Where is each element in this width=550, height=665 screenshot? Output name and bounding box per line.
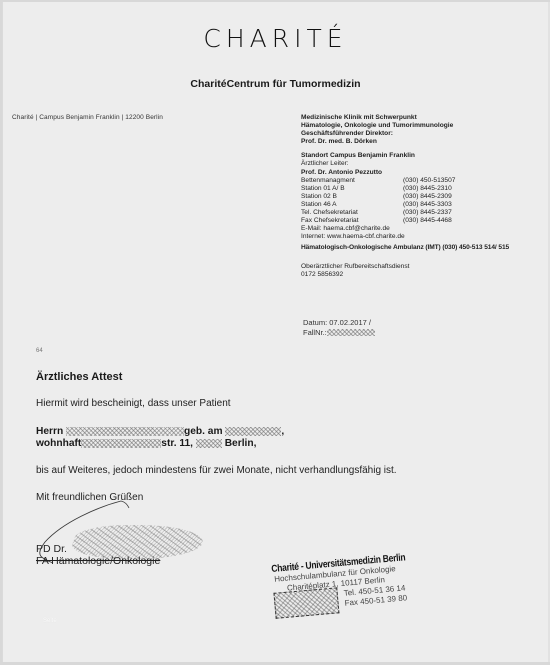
signer-role: FA Hämatologie/Onkologie <box>36 555 160 567</box>
leader-name: Prof. Dr. Antonio Pezzutto <box>301 169 546 177</box>
phone-label: Tel. Chefsekretariat <box>301 209 403 217</box>
phone-number: (030) 450-513507 <box>403 177 455 185</box>
clinic-info-column: Medizinische Klinik mit Schwerpunkt Häma… <box>301 114 546 279</box>
date-line: Datum: 07.02.2017 / <box>303 318 375 328</box>
phone-label: Station 46 A <box>301 201 403 209</box>
street-suffix: str. 11, <box>161 438 193 449</box>
redacted-postcode <box>196 439 222 448</box>
patient-address-line: wohnhaftstr. 11, Berlin, <box>36 438 284 450</box>
birthdate-label: geb. am <box>184 426 223 437</box>
phone-label: Station 02 B <box>301 193 403 201</box>
charite-logo: CHARITÉ <box>3 24 548 53</box>
email-line: E-Mail: haema.cbf@charite.de <box>301 225 546 233</box>
leader-label: Ärztlicher Leiter: <box>301 160 546 168</box>
redacted-street <box>81 439 161 448</box>
internet-line: Internet: www.haema-cbf.charite.de <box>301 233 546 241</box>
redacted-case-number <box>327 329 375 336</box>
phone-number: (030) 8445-3303 <box>403 201 452 209</box>
phone-label: Bettenmanagment <box>301 177 403 185</box>
clinic-line: Hämatologie, Onkologie und Tumorimmunolo… <box>301 122 546 130</box>
location-block: Standort Campus Benjamin Franklin Ärztli… <box>301 152 546 241</box>
sender-address-line: Charité | Campus Benjamin Franklin | 122… <box>12 114 163 121</box>
case-number-line: FallNr.: <box>303 328 375 338</box>
ambulanz-line: Hämatologisch-Onkologische Ambulanz (IMT… <box>301 244 546 252</box>
phone-label: Station 01 A/ B <box>301 185 403 193</box>
document-page: CHARITÉ CharitéCentrum für Tumormedizin … <box>2 2 550 662</box>
clinic-line: Geschäftsführender Direktor: <box>301 130 546 138</box>
phone-label: Fax Chefsekretariat <box>301 217 403 225</box>
faint-footer-mark: Seite <box>43 618 57 624</box>
address-prefix: wohnhaft <box>36 438 81 449</box>
case-number-label: FallNr.: <box>303 328 327 337</box>
clinic-stamp: Charité - Universitätsmedizin Berlin Hoc… <box>271 551 433 619</box>
signer-title: PD Dr. <box>36 543 160 555</box>
phone-row: Tel. Chefsekretariat(030) 8445-2337 <box>301 209 546 217</box>
patient-city: Berlin, <box>225 438 257 449</box>
redacted-stamp-box <box>273 587 339 618</box>
date-block: Datum: 07.02.2017 / FallNr.: <box>303 318 375 337</box>
clinic-line: Medizinische Klinik mit Schwerpunkt <box>301 114 546 122</box>
phone-number: (030) 8445-2337 <box>403 209 452 217</box>
rufbereitschaft-label: Oberärztlicher Rufbereitschaftsdienst <box>301 263 546 271</box>
patient-block: Herrn geb. am , wohnhaftstr. 11, Berlin, <box>36 426 284 450</box>
patient-name-line: Herrn geb. am , <box>36 426 284 438</box>
patient-prefix: Herrn <box>36 426 63 437</box>
phone-number: (030) 8445-2310 <box>403 185 452 193</box>
phone-row: Station 01 A/ B(030) 8445-2310 <box>301 185 546 193</box>
phone-number: (030) 8445-2309 <box>403 193 452 201</box>
statement-text: bis auf Weiteres, jedoch mindestens für … <box>36 465 397 476</box>
phone-number: (030) 8445-4468 <box>403 217 452 225</box>
redacted-birthdate <box>225 427 281 436</box>
centrum-heading: CharitéCentrum für Tumormedizin <box>3 78 548 90</box>
signer-block: PD Dr. FA Hämatologie/Onkologie <box>36 543 160 567</box>
scan-mark: 64 <box>36 348 43 354</box>
attest-title: Ärztliches Attest <box>36 371 122 383</box>
rufbereitschaft-number: 0172 5856392 <box>301 271 546 279</box>
intro-text: Hiermit wird bescheinigt, dass unser Pat… <box>36 398 231 409</box>
phone-row: Bettenmanagment(030) 450-513507 <box>301 177 546 185</box>
phone-row: Fax Chefsekretariat(030) 8445-4468 <box>301 217 546 225</box>
clinic-header: Medizinische Klinik mit Schwerpunkt Häma… <box>301 114 546 146</box>
stamp-contacts: Tel. 450-51 36 14 Fax 450-51 39 80 <box>343 583 408 612</box>
phone-row: Station 02 B(030) 8445-2309 <box>301 193 546 201</box>
clinic-director: Prof. Dr. med. B. Dörken <box>301 138 546 146</box>
redacted-patient-name <box>66 427 184 436</box>
phone-row: Station 46 A(030) 8445-3303 <box>301 201 546 209</box>
closing-text: Mit freundlichen Grüßen <box>36 492 143 503</box>
